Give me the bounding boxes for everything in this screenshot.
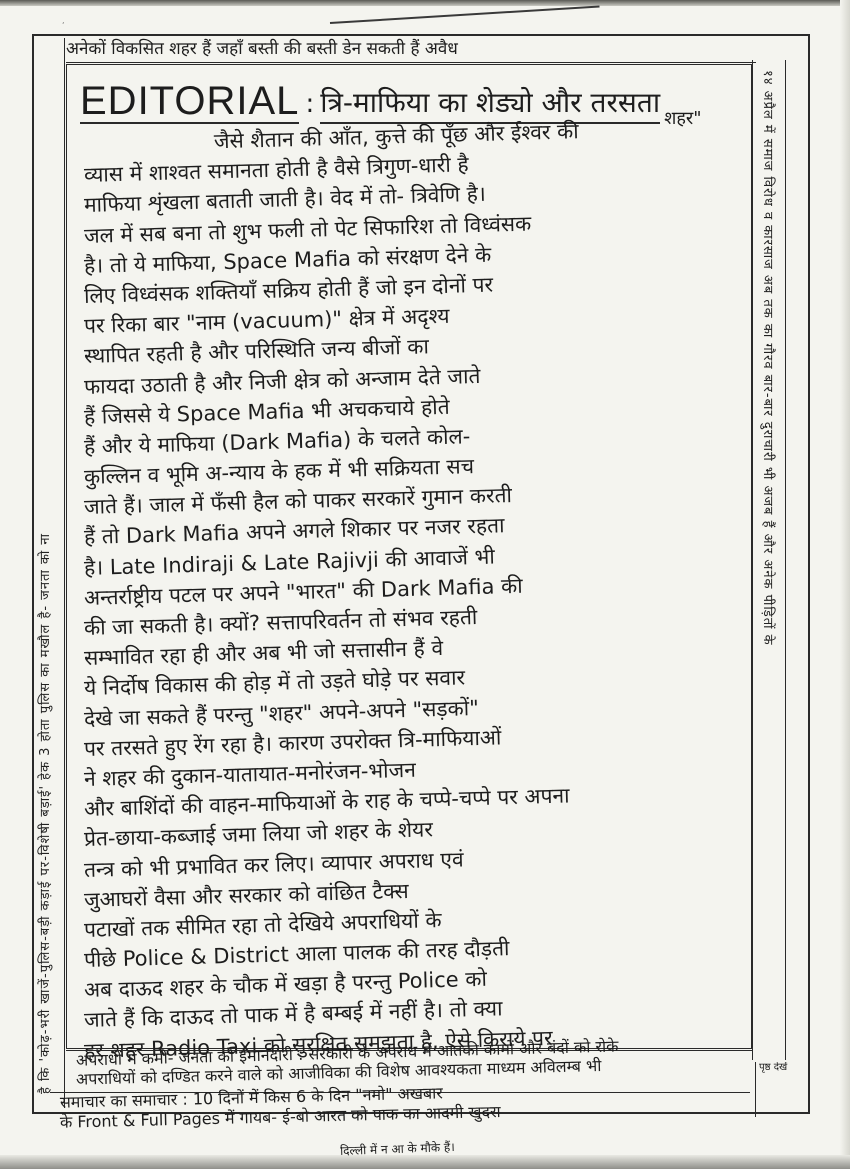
left-margin-text: है कि 'कोढ़-भरी खाजें-पुलिस-बड़ी कड़ाई प… bbox=[38, 44, 54, 1094]
corner-note: पृष्ठ देखें bbox=[755, 1062, 811, 1117]
editorial-label: EDITORIAL bbox=[80, 80, 299, 124]
header-colon: : bbox=[305, 84, 314, 124]
right-margin-text: १४ अप्रैल में समाज विरोध व कारसाज अब तक … bbox=[759, 70, 775, 1050]
editorial-body: जैसे शैतान की आँत, कुत्ते की पूँछ और ईश्… bbox=[84, 130, 744, 1066]
scan-edge-top bbox=[0, 0, 850, 6]
left-margin-note: है कि 'कोढ़-भरी खाजें-पुलिस-बड़ी कड़ाई प… bbox=[34, 38, 65, 1108]
right-margin-note: १४ अप्रैल में समाज विरोध व कारसाज अब तक … bbox=[752, 60, 786, 1060]
page-mark: , bbox=[62, 16, 65, 25]
arrow-stroke bbox=[330, 6, 600, 24]
scan-edge-right bbox=[840, 0, 850, 1169]
scan-edge-bottom bbox=[0, 1155, 850, 1169]
news-section: समाचार का समाचार : 10 दिनों में किस 6 के… bbox=[50, 1092, 750, 1137]
top-strip-text: अनेकों विकसित शहर हैं जहाँ बस्ती की बस्त… bbox=[66, 36, 756, 63]
